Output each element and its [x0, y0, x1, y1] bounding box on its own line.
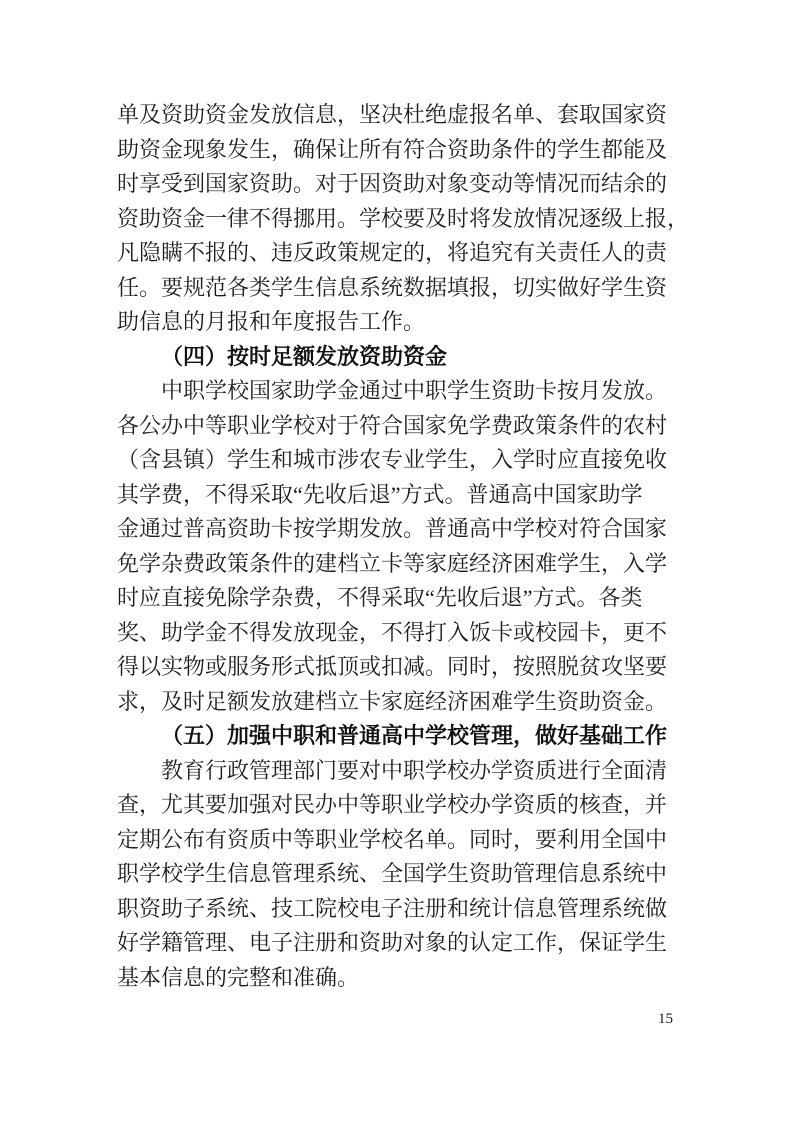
- body-text-line: 定期公布有资质中等职业学校名单。同时，要利用全国中: [117, 823, 667, 858]
- body-text-line: 得以实物或服务形式抵顶或扣减。同时，按照脱贫攻坚要: [117, 650, 667, 685]
- body-text-line: 查，尤其要加强对民办中等职业学校办学资质的核查，并: [117, 788, 667, 823]
- body-text-line: 凡隐瞒不报的、违反政策规定的，将追究有关责任人的责: [117, 236, 667, 271]
- document-page: 单及资助资金发放信息，坚决杜绝虚报名单、套取国家资助资金现象发生，确保让所有符合…: [0, 0, 793, 1122]
- body-text-line: 求，及时足额发放建档立卡家庭经济困难学生资助资金。: [117, 685, 667, 720]
- body-text-line: 单及资助资金发放信息，坚决杜绝虚报名单、套取国家资: [117, 98, 667, 133]
- body-text-line: 任。要规范各类学生信息系统数据填报，切实做好学生资: [117, 271, 667, 306]
- section-heading: （五）加强中职和普通高中学校管理，做好基础工作: [117, 719, 667, 754]
- section-heading: （四）按时足额发放资助资金: [117, 340, 667, 375]
- body-text-line: 各公办中等职业学校对于符合国家免学费政策条件的农村: [117, 409, 667, 444]
- body-text-line: 时享受到国家资助。对于因资助对象变动等情况而结余的: [117, 167, 667, 202]
- body-text-line: 助信息的月报和年度报告工作。: [117, 305, 667, 340]
- document-body: 单及资助资金发放信息，坚决杜绝虚报名单、套取国家资助资金现象发生，确保让所有符合…: [117, 98, 667, 995]
- body-text-line: 助资金现象发生，确保让所有符合资助条件的学生都能及: [117, 133, 667, 168]
- body-text-line: 金通过普高资助卡按学期发放。普通高中学校对符合国家: [117, 512, 667, 547]
- body-text-line: 资助资金一律不得挪用。学校要及时将发放情况逐级上报，: [117, 202, 667, 237]
- body-text-line: 中职学校国家助学金通过中职学生资助卡按月发放。: [117, 374, 667, 409]
- page-number: 15: [117, 1008, 673, 1030]
- body-text-line: 教育行政管理部门要对中职学校办学资质进行全面清: [117, 754, 667, 789]
- body-text-line: 好学籍管理、电子注册和资助对象的认定工作，保证学生: [117, 926, 667, 961]
- body-text-line: 免学杂费政策条件的建档立卡等家庭经济困难学生，入学: [117, 547, 667, 582]
- body-text-line: 职资助子系统、技工院校电子注册和统计信息管理系统做: [117, 892, 667, 927]
- body-text-line: 职学校学生信息管理系统、全国学生资助管理信息系统中: [117, 857, 667, 892]
- body-text-line: 其学费，不得采取“先收后退”方式。普通高中国家助学: [117, 478, 667, 513]
- body-text-line: 基本信息的完整和准确。: [117, 961, 667, 996]
- body-text-line: 奖、助学金不得发放现金，不得打入饭卡或校园卡，更不: [117, 616, 667, 651]
- body-text-line: 时应直接免除学杂费，不得采取“先收后退”方式。各类: [117, 581, 667, 616]
- body-text-line: （含县镇）学生和城市涉农专业学生，入学时应直接免收: [117, 443, 667, 478]
